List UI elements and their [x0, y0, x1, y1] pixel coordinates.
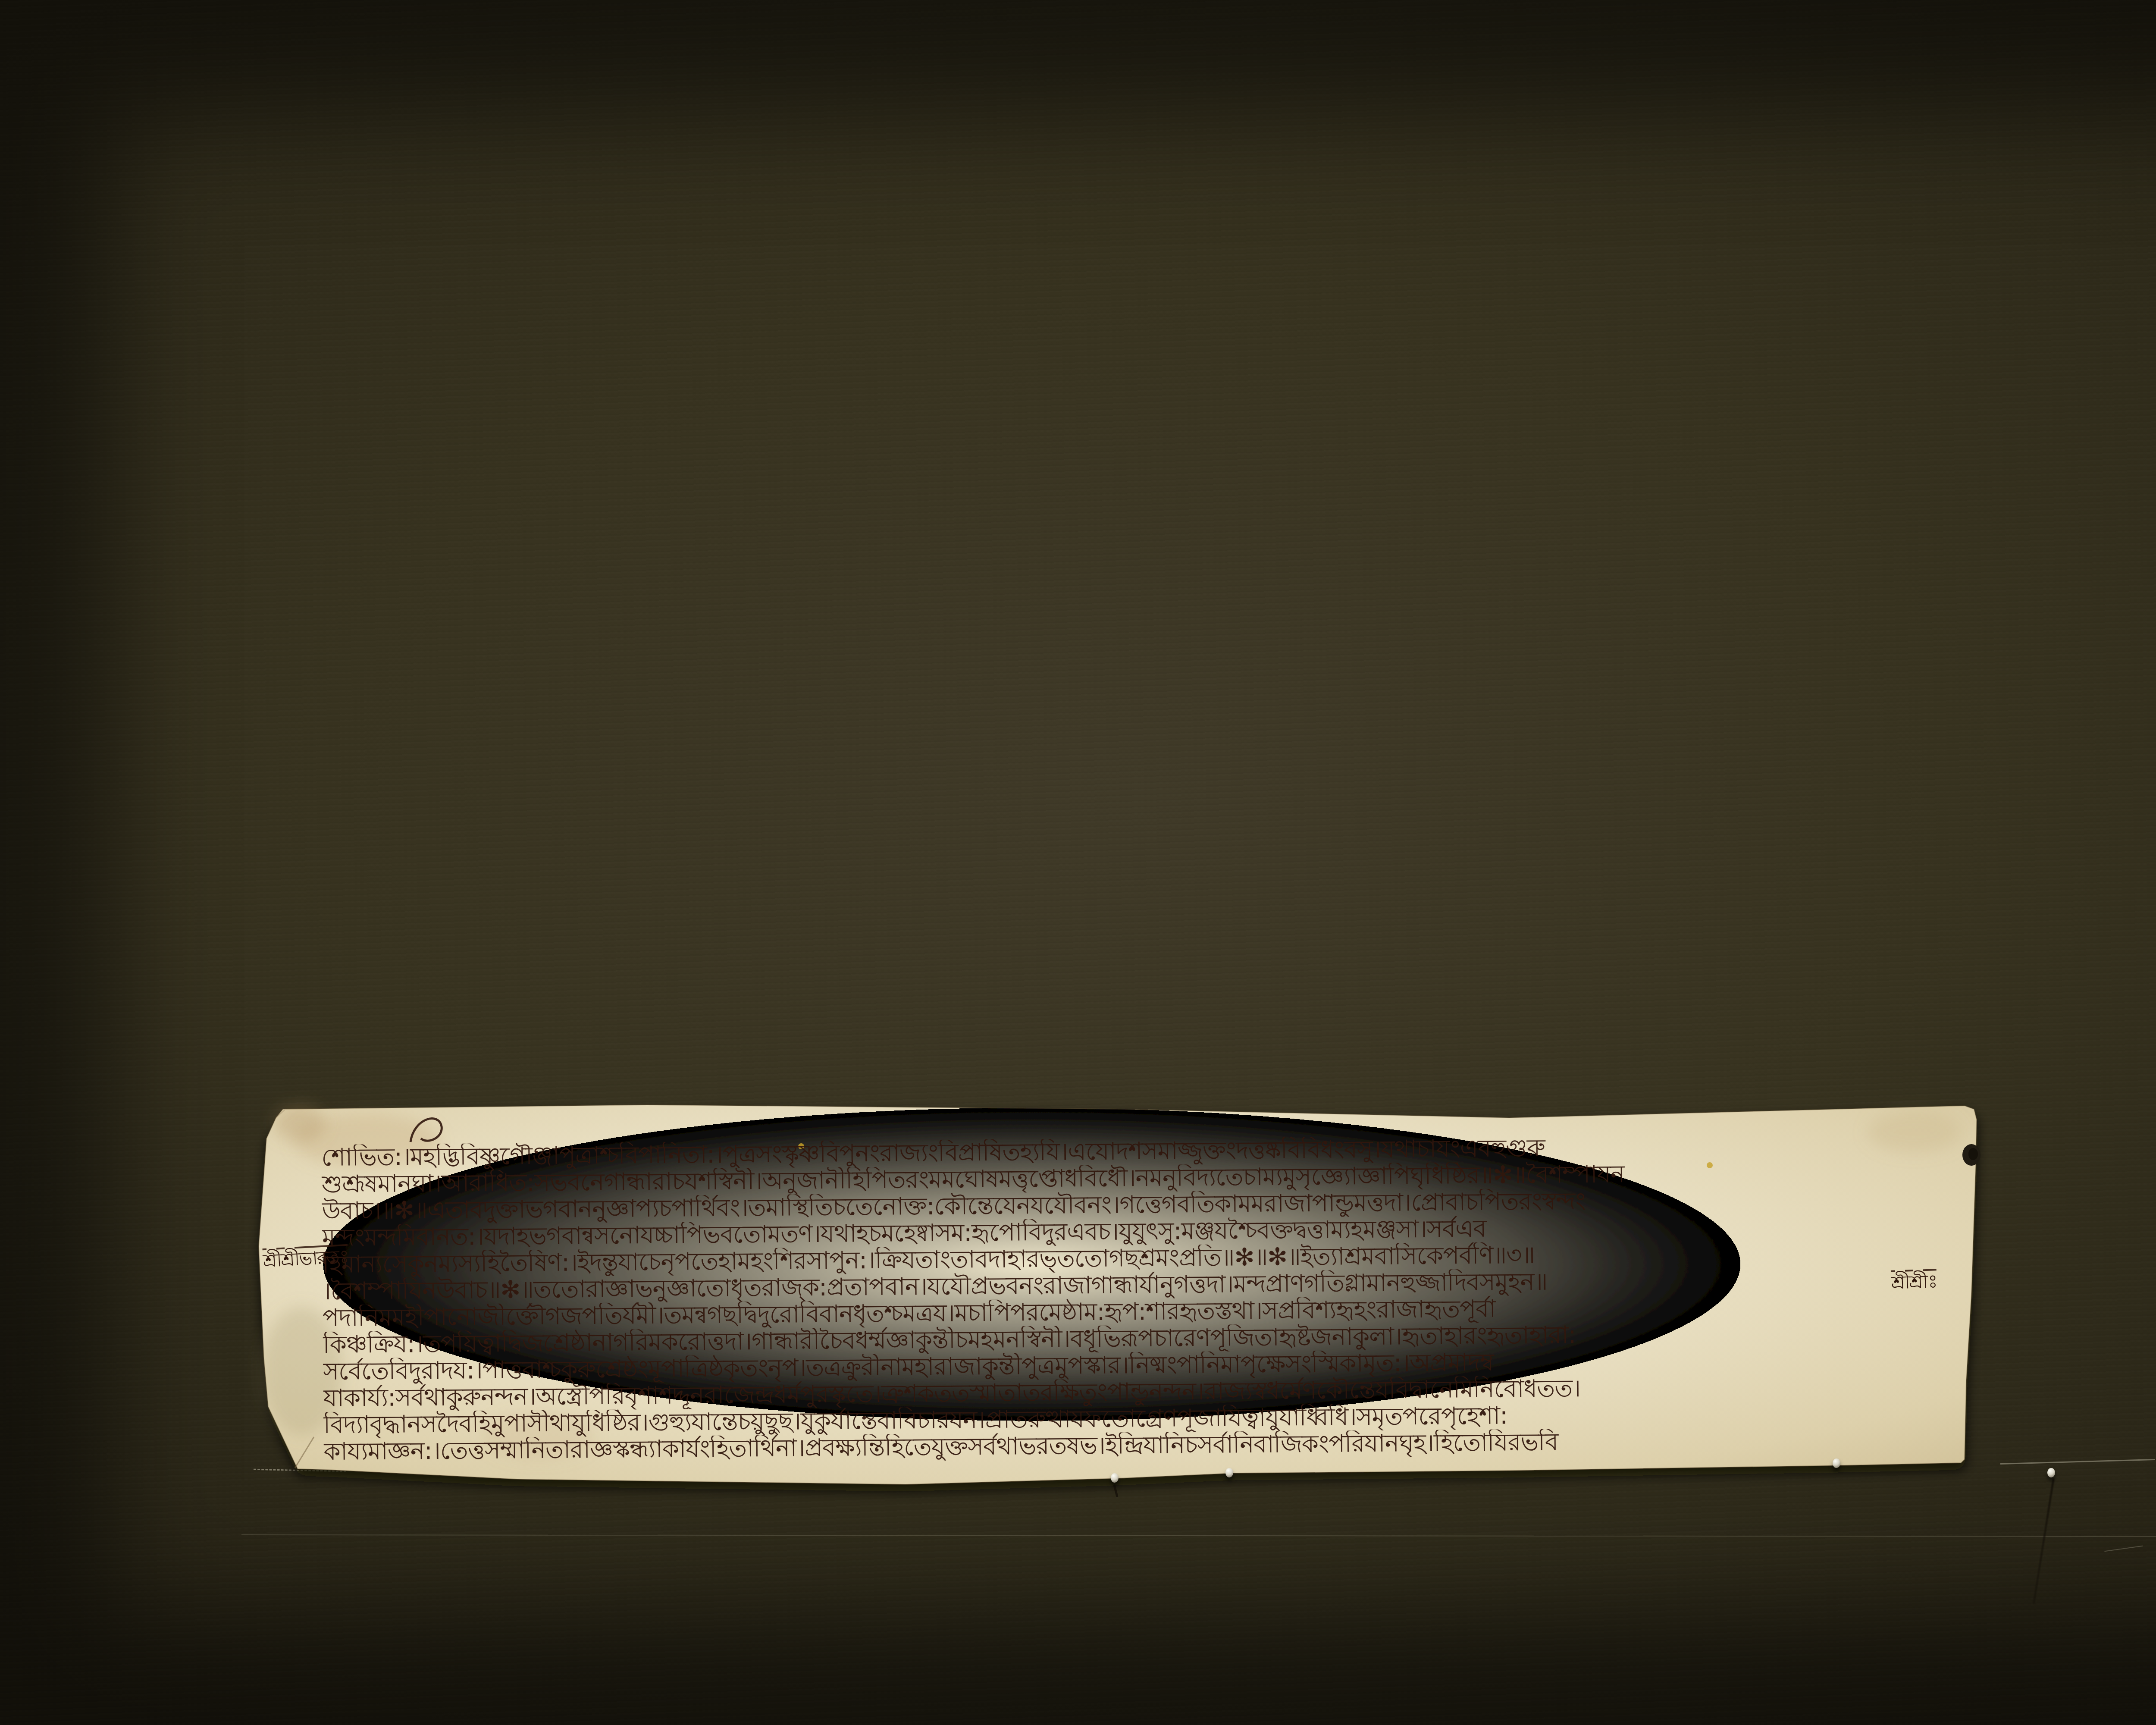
pin — [1111, 1473, 1119, 1483]
pin — [1225, 1468, 1233, 1477]
right-margin-mark: শ্রীশ্রীঃ — [1891, 1267, 1937, 1299]
pin — [1833, 1458, 1840, 1468]
pin — [2047, 1468, 2055, 1477]
left-margin-title: শ্রীশ্রীভারতঃ — [262, 1242, 349, 1277]
photo-backdrop: শোভিত:।মহদ্ভিবিষ্ণুগৌঞ্জাপুত্রাশ্চবিপানি… — [0, 0, 2156, 1725]
paper-stain — [274, 1105, 326, 1142]
manuscript-text-block: শোভিত:।মহদ্ভিবিষ্ণুগৌঞ্জাপুত্রাশ্চবিপানি… — [321, 1132, 1975, 1472]
